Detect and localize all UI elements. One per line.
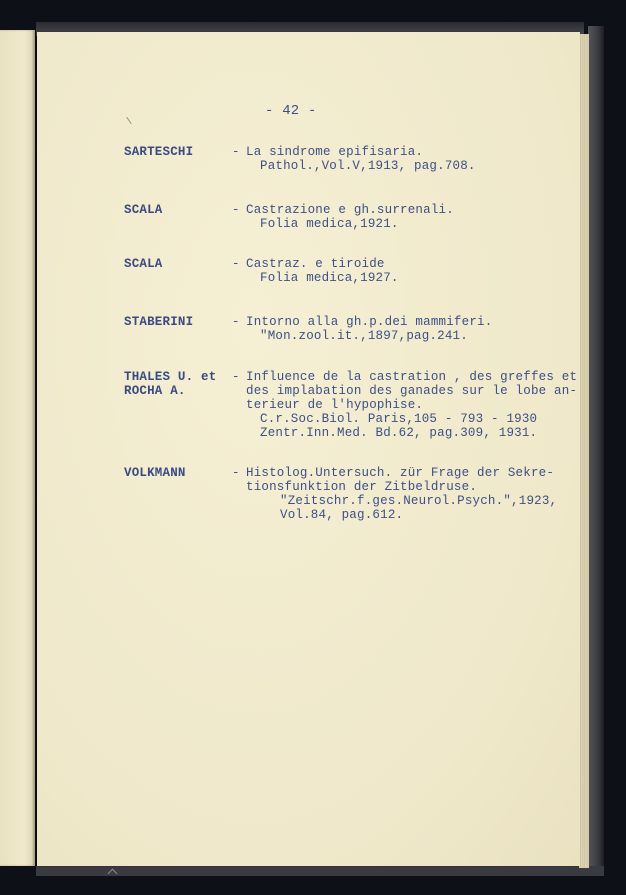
- citation-title: Castrazione e gh.surrenali.: [246, 203, 454, 217]
- entry-dash: -: [232, 370, 240, 384]
- pencil-mark: [126, 117, 131, 124]
- citation-title: Influence de la castration , des greffes…: [246, 370, 577, 384]
- author-line: SCALA: [124, 203, 234, 217]
- citation-line: des implabation des ganades sur le lobe …: [246, 384, 577, 398]
- entry-citation: Castraz. e tiroideFolia medica,1927.: [246, 257, 399, 285]
- entry-author: THALES U. etROCHA A.: [124, 370, 234, 398]
- citation-line: "Mon.zool.it.,1897,pag.241.: [246, 329, 492, 343]
- citation-line: Zentr.Inn.Med. Bd.62, pag.309, 1931.: [246, 426, 577, 440]
- entry-citation: Influence de la castration , des greffes…: [246, 370, 577, 440]
- citation-line: Folia medica,1927.: [246, 271, 399, 285]
- citation-line: Folia medica,1921.: [246, 217, 454, 231]
- author-line: STABERINI: [124, 315, 234, 329]
- page-stack-edge: [579, 34, 589, 868]
- book-cover-bottom-edge: [36, 866, 604, 876]
- citation-title: Castraz. e tiroide: [246, 257, 399, 271]
- entry-citation: La sindrome epifisaria.Pathol.,Vol.V,191…: [246, 145, 476, 173]
- entry-dash: -: [232, 315, 240, 329]
- entry-author: STABERINI: [124, 315, 234, 329]
- citation-title: Intorno alla gh.p.dei mammiferi.: [246, 315, 492, 329]
- citation-title: La sindrome epifisaria.: [246, 145, 476, 159]
- entry-author: SCALA: [124, 203, 234, 217]
- author-line: ROCHA A.: [124, 384, 234, 398]
- citation-line: tionsfunktion der Zitbeldruse.: [246, 480, 557, 494]
- citation-line: terieur de l'hypophise.: [246, 398, 577, 412]
- entry-dash: -: [232, 145, 240, 159]
- citation-line: Vol.84, pag.612.: [246, 508, 557, 522]
- book-cover-right-edge: [588, 26, 604, 872]
- author-line: VOLKMANN: [124, 466, 234, 480]
- document-page: - 42 - SARTESCHI-La sindrome epifisaria.…: [37, 32, 580, 866]
- left-page-edge: [0, 30, 35, 866]
- entry-citation: Histolog.Untersuch. zür Frage der Sekre-…: [246, 466, 557, 522]
- entry-citation: Intorno alla gh.p.dei mammiferi."Mon.zoo…: [246, 315, 492, 343]
- entry-author: VOLKMANN: [124, 466, 234, 480]
- author-line: THALES U. et: [124, 370, 234, 384]
- entry-dash: -: [232, 203, 240, 217]
- citation-line: C.r.Soc.Biol. Paris,105 - 793 - 1930: [246, 412, 577, 426]
- author-line: SCALA: [124, 257, 234, 271]
- entry-citation: Castrazione e gh.surrenali.Folia medica,…: [246, 203, 454, 231]
- page-number: - 42 -: [265, 104, 317, 118]
- entry-author: SARTESCHI: [124, 145, 234, 159]
- entry-dash: -: [232, 466, 240, 480]
- entry-dash: -: [232, 257, 240, 271]
- citation-line: "Zeitschr.f.ges.Neurol.Psych.",1923,: [246, 494, 557, 508]
- citation-line: Pathol.,Vol.V,1913, pag.708.: [246, 159, 476, 173]
- author-line: SARTESCHI: [124, 145, 234, 159]
- citation-title: Histolog.Untersuch. zür Frage der Sekre-: [246, 466, 557, 480]
- entry-author: SCALA: [124, 257, 234, 271]
